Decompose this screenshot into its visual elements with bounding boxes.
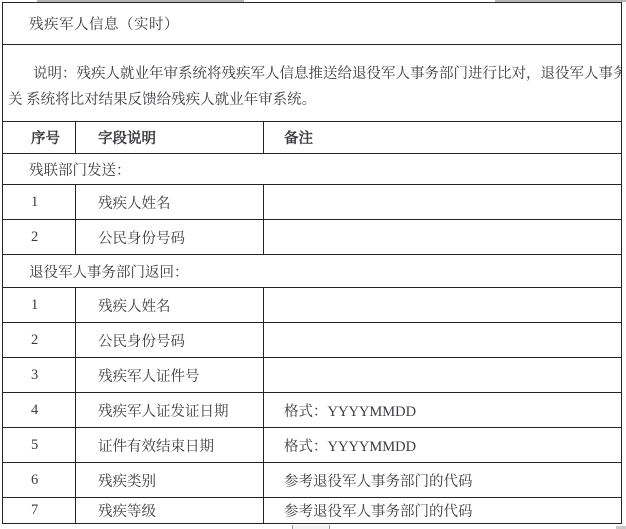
cell-seq-no: 3 [3,358,76,393]
cell-remark [264,323,622,358]
description-line-2: 关 系统将比对结果反馈给残疾人就业年审系统。 [8,87,615,113]
cell-remark [264,185,622,220]
table-row: 1 残疾人姓名 [3,288,622,323]
cell-field-desc: 残疾军人证件号 [76,358,264,393]
cell-seq-no: 4 [3,393,76,428]
cell-seq-no: 2 [3,323,76,358]
cell-field-desc: 残疾等级 [76,498,264,524]
cell-field-desc: 证件有效结束日期 [76,428,264,463]
cell-seq-no: 5 [3,428,76,463]
table-row: 1 残疾人姓名 [3,185,622,220]
cell-field-desc: 残疾军人证发证日期 [76,393,264,428]
table-row: 2 公民身份号码 [3,323,622,358]
column-header-row: 序号 字段说明 备注 [3,122,622,154]
bottom-crop-artifact [292,525,330,529]
header-seq-no: 序号 [3,122,76,154]
section-row-canlian-send: 残联部门发送： [3,154,622,185]
table-row: 4 残疾军人证发证日期 格式：YYYYMMDD [3,393,622,428]
cell-remark [264,358,622,393]
table-row: 2 公民身份号码 [3,220,622,255]
description-line-1: 说明：残疾人就业年审系统将残疾军人信息推送给退役军人事务部门进行比对，退役军人事… [8,61,615,87]
cell-remark: 参考退役军人事务部门的代码 [264,498,622,524]
cell-seq-no: 1 [3,185,76,220]
cell-remark [264,220,622,255]
table-title: 残疾军人信息（实时） [3,3,622,45]
cell-field-desc: 残疾人姓名 [76,185,264,220]
description-cell: 说明：残疾人就业年审系统将残疾军人信息推送给退役军人事务部门进行比对，退役军人事… [3,45,622,122]
cell-remark: 参考退役军人事务部门的代码 [264,463,622,498]
table-row: 6 残疾类别 参考退役军人事务部门的代码 [3,463,622,498]
description-row: 说明：残疾人就业年审系统将残疾军人信息推送给退役军人事务部门进行比对，退役军人事… [3,45,622,122]
cell-field-desc: 公民身份号码 [76,220,264,255]
cell-remark: 格式：YYYYMMDD [264,428,622,463]
table-row: 3 残疾军人证件号 [3,358,622,393]
section-row-veterans-return: 退役军人事务部门返回： [3,255,622,288]
header-field-desc: 字段说明 [76,122,264,154]
cell-seq-no: 6 [3,463,76,498]
cell-seq-no: 2 [3,220,76,255]
cell-remark [264,288,622,323]
cell-remark: 格式：YYYYMMDD [264,393,622,428]
table-row: 5 证件有效结束日期 格式：YYYYMMDD [3,428,622,463]
cell-seq-no: 7 [3,498,76,524]
cell-field-desc: 残疾类别 [76,463,264,498]
cell-field-desc: 公民身份号码 [76,323,264,358]
table-row: 7 残疾等级 参考退役军人事务部门的代码 [3,498,622,524]
document-page: 残疾军人信息（实时） 说明：残疾人就业年审系统将残疾军人信息推送给退役军人事务部… [0,0,626,529]
cell-field-desc: 残疾人姓名 [76,288,264,323]
table-title-row: 残疾军人信息（实时） [3,3,622,45]
section-label: 退役军人事务部门返回： [3,255,622,288]
disabled-servicemen-info-table: 残疾军人信息（实时） 说明：残疾人就业年审系统将残疾军人信息推送给退役军人事务部… [2,2,622,524]
cell-seq-no: 1 [3,288,76,323]
header-remark: 备注 [264,122,622,154]
section-label: 残联部门发送： [3,154,622,185]
